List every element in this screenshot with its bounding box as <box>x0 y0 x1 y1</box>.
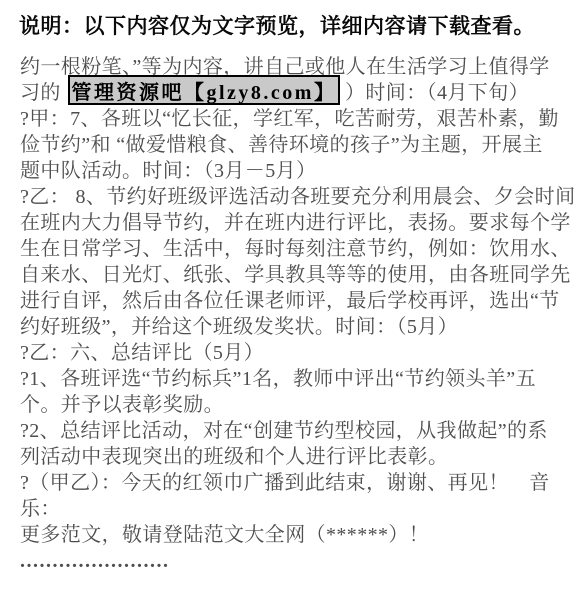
text-line: 俭节约”和 “做爱惜粮食、善待环境的孩子”为主题，开展主 <box>20 132 568 158</box>
text-fragment-after-watermark: ）时间：（4月下旬） <box>345 80 529 106</box>
text-line: 约好班级”，并给这个班级发奖状。时间：（5月） <box>20 314 568 340</box>
text-line: 在班内大力倡导节约，并在班内进行评比，表扬。要求每个学 <box>20 210 568 236</box>
watermark-badge: 管理资源吧【glzy8.com】 <box>68 75 340 105</box>
text-line: 进行自评，然后由各位任课老师评，最后学校再评，选出“节 <box>20 288 568 314</box>
text-line: ?乙： 8、节约好班级评选活动各班要充分利用晨会、夕会时间 <box>20 184 568 210</box>
dots-separator-line: ....................... <box>20 548 568 574</box>
watermark-text: 管理资源吧【glzy8.com】 <box>72 76 337 105</box>
text-line: ?（甲乙）：今天的红领巾广播到此结束，谢谢、再见！ 音 <box>20 470 568 496</box>
text-line: 题中队活动。时间：（3月－5月） <box>20 158 568 184</box>
text-line: 更多范文，敬请登陆范文大全网（******）！ <box>20 522 568 548</box>
text-line: 乐： <box>20 496 568 522</box>
text-line: ?甲：7、各班以“忆长征，学红军，吃苦耐劳，艰苦朴素，勤 <box>20 106 568 132</box>
document-body: 约一根粉笔、”等为内容，讲自己或他人在生活学习上值得学 习的 ）时间：（4月下旬… <box>20 54 568 574</box>
document-preview-page: 说明：以下内容仅为文字预览，详细内容请下载查看。 约一根粉笔、”等为内容，讲自己… <box>0 0 578 600</box>
text-line: ?乙：六、总结评比（5月） <box>20 340 568 366</box>
text-line: 列活动中表现突出的班级和个人进行评比表彰。 <box>20 444 568 470</box>
text-line: 个。并予以表彰奖励。 <box>20 392 568 418</box>
text-fragment-before-watermark: 习的 <box>20 82 61 104</box>
preview-notice-heading: 说明：以下内容仅为文字预览，详细内容请下载查看。 <box>19 12 535 40</box>
text-line: 生在日常学习、生活中，每时每刻注意节约，例如：饮用水、 <box>20 236 568 262</box>
text-line: 自来水、日光灯、纸张、学具教具等等的使用，由各班同学先 <box>20 262 568 288</box>
text-line: ?2、总结评比活动，对在“创建节约型校园，从我做起”的系 <box>20 418 568 444</box>
text-line: ?1、各班评选“节约标兵”1名，教师中评出“节约领头羊”五 <box>20 366 568 392</box>
